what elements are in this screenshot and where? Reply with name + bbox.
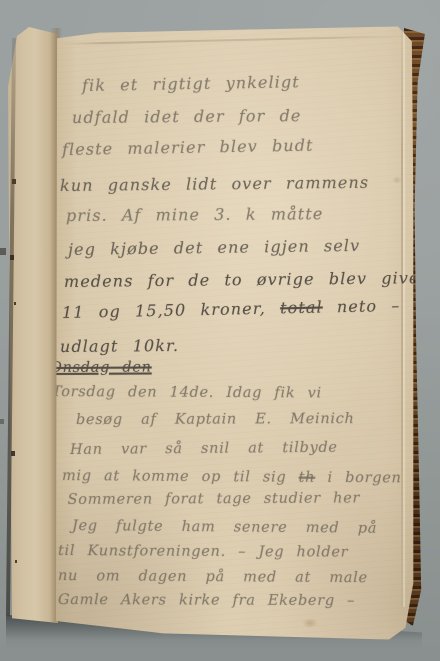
handwriting-line: medens for de to øvrige blev givet [64,268,427,291]
handwriting-line: udlagt 10kr. [60,336,179,356]
handwriting-line: Jeg fulgte ham senere med på [72,518,377,537]
handwriting-text: mig at komme op til sig [62,468,286,486]
handwriting-text: neto – [337,296,401,316]
handwriting-line: pris. Af mine 3. k måtte [66,204,324,225]
handwriting-line: Han var så snil at tilbyde [70,440,338,458]
crossed-out-word: th [299,470,316,486]
handwriting-line: Gamle Akers kirke fra Ekeberg – [58,592,355,609]
handwriting-text: i borgen [328,470,402,487]
handwriting-line: Torsdag den 14de. Idag fik vi [52,384,322,401]
crossed-out-word: total [280,298,323,318]
edge-wear-specks [0,0,2,3]
handwriting-line: nu om dagen på med at male [58,568,368,586]
handwriting-line: 11 og 15,50 kroner, total neto – [62,296,401,322]
handwriting-line: jeg kjøbe det ene igjen selv [68,236,360,259]
handwriting-line: besøg af Kaptain E. Meinich [76,411,355,428]
crossed-out-heading: Onsdag den [50,359,152,376]
notebook-page: fik et rigtigt ynkeligt udfald idet der … [56,24,414,642]
handwriting-line: udfald idet der for de [72,106,302,127]
handwriting-line: mig at komme op til sig th i borgen [62,468,402,486]
handwriting-line: fik et rigtigt ynkeligt [82,72,300,95]
handwriting-line: til Kunstforeningen. – Jeg holder [58,543,348,561]
handwriting-text: 11 og 15,50 kroner, [62,299,266,322]
handwriting-line: fleste malerier blev budt [62,136,314,159]
handwriting-line: i Sommeren forat tage studier her [50,490,360,508]
handwriting-region: fik et rigtigt ynkeligt udfald idet der … [56,24,414,642]
scanned-notebook-photo: fik et rigtigt ynkeligt udfald idet der … [0,0,440,661]
handwriting-line: kun ganske lidt over rammens [60,173,369,195]
